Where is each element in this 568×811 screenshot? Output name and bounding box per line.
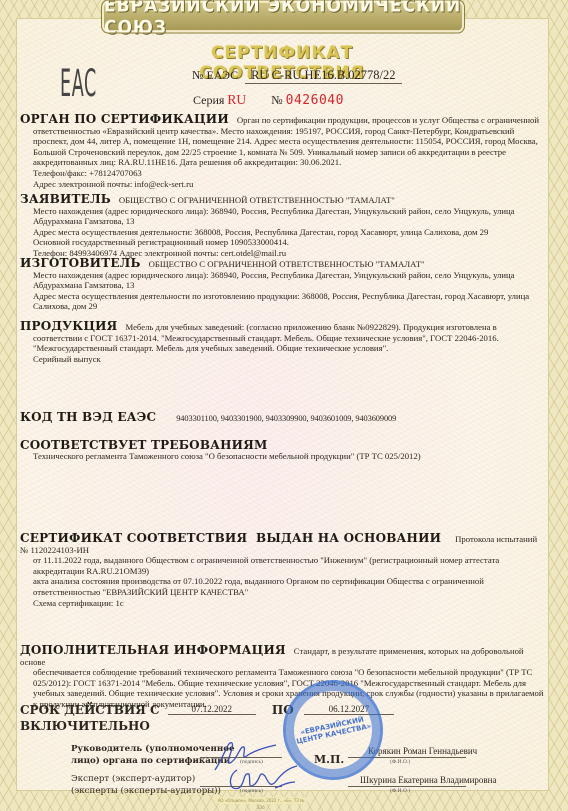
certificate-number-value: RU C-RU.HE16.B.02778/22 (245, 68, 401, 84)
expert-fio-caption: (Ф.И.О.) (390, 788, 410, 794)
applicant-ogrn: Основной государственный регистрационный… (20, 237, 544, 248)
section-additional-info: ДОПОЛНИТЕЛЬНАЯ ИНФОРМАЦИЯСтандарт, в рез… (20, 645, 544, 710)
expert-signatory-label: Эксперт (эксперт-аудитор) (эксперты (экс… (71, 773, 221, 797)
certification-body-details: ответственностью «Евразийский центр каче… (20, 126, 544, 168)
applicant-legal-address: Место нахождения (адрес юридического лиц… (20, 206, 544, 227)
section-applicant: ЗАЯВИТЕЛЬОБЩЕСТВО С ОГРАНИЧЕННОЙ ОТВЕТСТ… (20, 194, 544, 259)
series-label: Серия (193, 93, 224, 107)
manufacturer-legal-address: Место нахождения (адрес юридического лиц… (20, 270, 544, 291)
certification-body-email: Адрес электронной почты: info@eck-sert.r… (20, 179, 544, 190)
section-heading: ДОПОЛНИТЕЛЬНАЯ ИНФОРМАЦИЯ (20, 643, 286, 657)
applicant-activity-address: Адрес места осуществления деятельности: … (20, 227, 544, 238)
section-heading: ЗАЯВИТЕЛЬ (20, 192, 111, 206)
validity-inclusive: ВКЛЮЧИТЕЛЬНО (20, 719, 150, 733)
validity-from-date: 07.12.2022 (168, 704, 256, 715)
expert-signature (225, 762, 300, 798)
printer-mark: АО «Опцион», Москва, 2022 г., «Б», ТЗ № … (215, 797, 307, 804)
blank-number-label: № (271, 93, 282, 107)
union-banner: ЕВРАЗИЙСКИЙ ЭКОНОМИЧЕСКИЙ СОЮЗ (102, 1, 464, 33)
basis-act: акта анализа состояния производства от 0… (20, 576, 544, 597)
series-value: RU (227, 92, 246, 107)
product-description: соответствии с ГОСТ 16371-2014. "Межгосу… (20, 333, 544, 354)
manufacturer-production-address: Адрес места осуществления деятельности п… (20, 291, 544, 312)
section-heading: КОД ТН ВЭД ЕАЭС (20, 410, 156, 424)
basis-scheme: Схема сертификации: 1с (20, 598, 544, 609)
section-heading: ИЗГОТОВИТЕЛЬ (20, 256, 141, 270)
expert-name: Шкурина Екатерина Владимировна (360, 775, 496, 785)
validity-from-label: СРОК ДЕЙСТВИЯ С (20, 703, 160, 717)
tnved-codes: 9403301100, 9403301900, 9403309900, 9403… (176, 414, 396, 423)
section-heading: ОРГАН ПО СЕРТИФИКАЦИИ (20, 112, 229, 126)
series-line: Серия RU № 0426040 (193, 92, 344, 108)
certificate-number: № ЕАЭС RU C-RU.HE16.B.02778/22 (192, 68, 402, 84)
certificate-number-label: № ЕАЭС (192, 68, 238, 82)
section-heading: ПРОДУКЦИЯ (20, 319, 117, 333)
basis-protocol: от 11.11.2022 года, выданного Обществом … (20, 555, 544, 576)
section-conformity: СООТВЕТСТВУЕТ ТРЕБОВАНИЯМ Технического р… (20, 440, 544, 461)
section-certification-body: ОРГАН ПО СЕРТИФИКАЦИИОрган по сертификац… (20, 114, 544, 189)
head-fio-caption: (Ф.И.О.) (390, 759, 410, 765)
section-product: ПРОДУКЦИЯМебель для учебных заведений: (… (20, 321, 544, 364)
eac-logo: EAC (60, 62, 97, 106)
certification-body-phone: Телефон/факс: +78124707063 (20, 168, 544, 179)
blank-number-value: 0426040 (286, 93, 344, 108)
section-tnved-code: КОД ТН ВЭД ЕАЭС9403301100, 9403301900, 9… (20, 412, 544, 425)
head-name: Корякин Роман Геннадьевич (368, 746, 477, 756)
section-heading: СООТВЕТСТВУЕТ ТРЕБОВАНИЯМ (20, 440, 536, 451)
section-heading: СЕРТИФИКАТ СООТВЕТСТВИЯ ВЫДАН НА ОСНОВАН… (20, 531, 441, 545)
expert-name-line (348, 786, 466, 787)
product-release-type: Серийный выпуск (20, 354, 544, 365)
section-manufacturer: ИЗГОТОВИТЕЛЬОБЩЕСТВО С ОГРАНИЧЕННОЙ ОТВЕ… (20, 258, 544, 312)
conformity-regulation: Технического регламента Таможенного союз… (20, 451, 544, 462)
section-issue-basis: СЕРТИФИКАТ СООТВЕТСТВИЯ ВЫДАН НА ОСНОВАН… (20, 533, 544, 608)
